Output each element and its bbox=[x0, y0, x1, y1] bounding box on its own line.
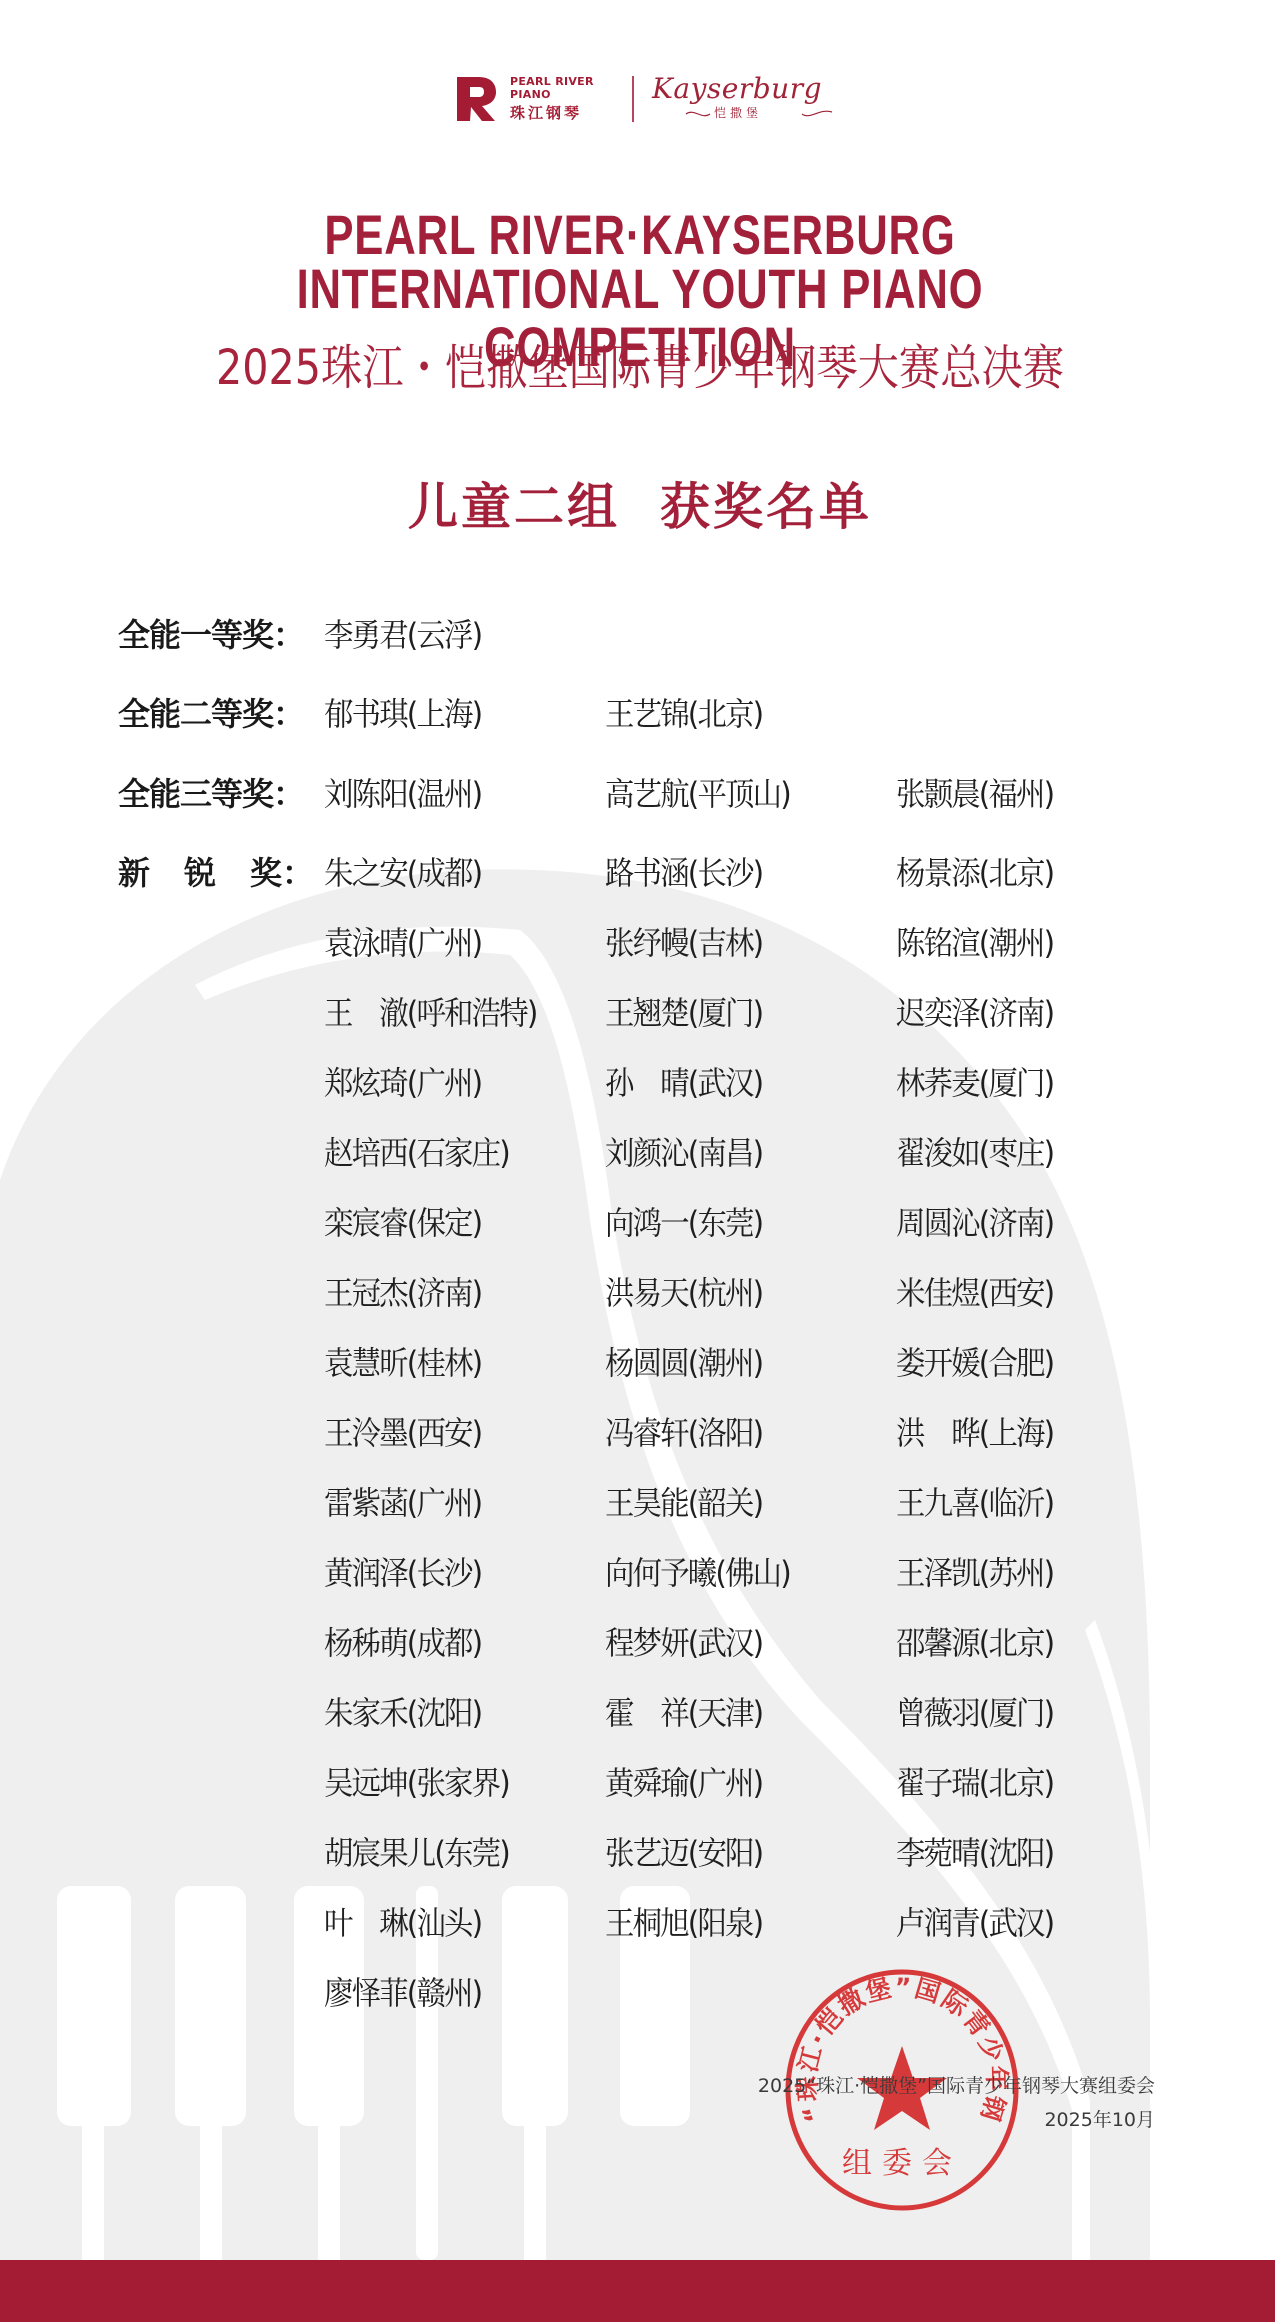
winner: 朱之安(成都) bbox=[324, 849, 481, 897]
winner: 李勇君(云浮) bbox=[324, 611, 481, 659]
award-row-rising-star: 栾宸睿(保定)向鸿一(东莞)周圆沁(济南) bbox=[0, 1199, 1280, 1249]
winner: 高艺航(平顶山) bbox=[605, 770, 790, 818]
winner: 向何予曦(佛山) bbox=[605, 1549, 790, 1597]
title-en-line1: PEARL RIVER·KAYSERBURG bbox=[141, 206, 1139, 264]
winner: 栾宸睿(保定) bbox=[324, 1199, 481, 1247]
winner: 陈铭渲(潮州) bbox=[896, 919, 1053, 967]
winner: 王九喜(临沂) bbox=[896, 1479, 1053, 1527]
winner: 路书涵(长沙) bbox=[605, 849, 762, 897]
seal-inner-text: 组委会 bbox=[842, 2146, 962, 2181]
winner: 朱家禾(沈阳) bbox=[324, 1689, 481, 1737]
award-row-rising-star: 郑炫琦(广州)孙 晴(武汉)林荞麦(厦门) bbox=[0, 1059, 1280, 1109]
winner: 张艺迈(安阳) bbox=[605, 1829, 762, 1877]
award-row-rising-star: 廖怿菲(赣州) bbox=[0, 1969, 1280, 2019]
award-label: 全能二等奖： bbox=[118, 690, 318, 738]
winner: 赵培西(石家庄) bbox=[324, 1129, 509, 1177]
pearl-river-cn: 珠江钢琴 bbox=[510, 104, 582, 122]
winner: 米佳煜(西安) bbox=[896, 1269, 1053, 1317]
logo-divider bbox=[632, 76, 634, 122]
winner: 邵馨源(北京) bbox=[896, 1619, 1053, 1667]
award-row-rising-star: 黄润泽(长沙)向何予曦(佛山)王泽凯(苏州) bbox=[0, 1549, 1280, 1599]
winner: 孙 晴(武汉) bbox=[605, 1059, 762, 1107]
winner: 洪易天(杭州) bbox=[605, 1269, 762, 1317]
winner: 胡宸果儿(东莞) bbox=[324, 1829, 509, 1877]
award-row-rising-star: 王冠杰(济南)洪易天(杭州)米佳煜(西安) bbox=[0, 1269, 1280, 1319]
winner: 王冠杰(济南) bbox=[324, 1269, 481, 1317]
winner: 娄开媛(合肥) bbox=[896, 1339, 1053, 1387]
award-row-rising-star: 叶 琳(汕头)王桐旭(阳泉)卢润青(武汉) bbox=[0, 1899, 1280, 1949]
winner: 迟奕泽(济南) bbox=[896, 989, 1053, 1037]
winner: 王昊能(韶关) bbox=[605, 1479, 762, 1527]
winner: 王 澈(呼和浩特) bbox=[324, 989, 537, 1037]
winner: 曾薇羽(厦门) bbox=[896, 1689, 1053, 1737]
award-row-rising-star: 王泠墨(西安)冯睿轩(洛阳)洪 晔(上海) bbox=[0, 1409, 1280, 1459]
winner: 黄润泽(长沙) bbox=[324, 1549, 481, 1597]
winner: 廖怿菲(赣州) bbox=[324, 1969, 481, 2017]
date-text: 2025年10月 bbox=[1044, 2108, 1155, 2132]
award-row-rising-star: 袁慧昕(桂林)杨圆圆(潮州)娄开媛(合肥) bbox=[0, 1339, 1280, 1389]
organizer-text: 2025“珠江·恺撒堡”国际青少年钢琴大赛组委会 bbox=[758, 2074, 1155, 2098]
pearl-river-en: PEARL RIVER PIANO bbox=[510, 75, 594, 101]
award-row-rising-star: 杨秭萌(成都)程梦妍(武汉)邵馨源(北京) bbox=[0, 1619, 1280, 1669]
winner: 王艺锦(北京) bbox=[605, 690, 762, 738]
winner: 叶 琳(汕头) bbox=[324, 1899, 481, 1947]
winner: 王桐旭(阳泉) bbox=[605, 1899, 762, 1947]
winner: 郑炫琦(广州) bbox=[324, 1059, 481, 1107]
winner: 张颢晨(福州) bbox=[896, 770, 1053, 818]
winner: 王泠墨(西安) bbox=[324, 1409, 481, 1457]
award-label: 全能三等奖： bbox=[118, 770, 318, 818]
winner: 卢润青(武汉) bbox=[896, 1899, 1053, 1947]
winner: 吴远坤(张家界) bbox=[324, 1759, 509, 1807]
title-cn: 2025珠江・恺撒堡国际青少年钢琴大赛总决赛 bbox=[90, 340, 1191, 396]
award-row-rising-star: 朱之安(成都)路书涵(长沙)杨景添(北京) bbox=[0, 849, 1280, 899]
heading-group: 儿童二组 bbox=[408, 478, 620, 536]
award-row-third-prize: 全能三等奖： 刘陈阳(温州) 高艺航(平顶山) 张颢晨(福州) bbox=[0, 770, 1280, 820]
winner: 王翘楚(厦门) bbox=[605, 989, 762, 1037]
award-row-rising-star: 朱家禾(沈阳)霍 祥(天津)曾薇羽(厦门) bbox=[0, 1689, 1280, 1739]
winner: 洪 晔(上海) bbox=[896, 1409, 1053, 1457]
award-row-rising-star: 胡宸果儿(东莞)张艺迈(安阳)李菀晴(沈阳) bbox=[0, 1829, 1280, 1879]
award-row-rising-star: 雷紫菡(广州)王昊能(韶关)王九喜(临沂) bbox=[0, 1479, 1280, 1529]
award-row-second-prize: 全能二等奖： 郁书琪(上海) 王艺锦(北京) bbox=[0, 690, 1280, 740]
page-heading: 儿童二组获奖名单 bbox=[0, 478, 1280, 536]
award-row-first-prize: 全能一等奖： 李勇君(云浮) bbox=[0, 611, 1280, 661]
winner: 杨景添(北京) bbox=[896, 849, 1053, 897]
winner: 杨圆圆(潮州) bbox=[605, 1339, 762, 1387]
winner: 黄舜瑜(广州) bbox=[605, 1759, 762, 1807]
winner: 李菀晴(沈阳) bbox=[896, 1829, 1053, 1877]
winner: 翟浚如(枣庄) bbox=[896, 1129, 1053, 1177]
award-row-rising-star: 王 澈(呼和浩特)王翘楚(厦门)迟奕泽(济南) bbox=[0, 989, 1280, 1039]
winner: 袁泳晴(广州) bbox=[324, 919, 481, 967]
award-label: 全能一等奖： bbox=[118, 611, 318, 659]
winner: 程梦妍(武汉) bbox=[605, 1619, 762, 1667]
winner: 张纾幔(吉林) bbox=[605, 919, 762, 967]
pearl-river-r-logo-icon bbox=[455, 75, 497, 122]
winner: 杨秭萌(成都) bbox=[324, 1619, 481, 1667]
winner: 周圆沁(济南) bbox=[896, 1199, 1053, 1247]
winner: 向鸿一(东莞) bbox=[605, 1199, 762, 1247]
winner: 刘颜沁(南昌) bbox=[605, 1129, 762, 1177]
winner: 冯睿轩(洛阳) bbox=[605, 1409, 762, 1457]
brand-logos: PEARL RIVER PIANO 珠江钢琴 Kayserburg 恺撒堡 bbox=[452, 72, 842, 126]
footer-bar bbox=[0, 2260, 1275, 2322]
pearl-river-en-line2: PIANO bbox=[510, 88, 594, 101]
kayserburg-cn: 恺撒堡 bbox=[714, 105, 762, 121]
heading-list: 获奖名单 bbox=[660, 478, 872, 536]
award-row-rising-star: 赵培西(石家庄)刘颜沁(南昌)翟浚如(枣庄) bbox=[0, 1129, 1280, 1179]
award-row-rising-star: 袁泳晴(广州)张纾幔(吉林)陈铭渲(潮州) bbox=[0, 919, 1280, 969]
kayserburg-en: Kayserburg bbox=[652, 72, 822, 106]
winner: 郁书琪(上海) bbox=[324, 690, 481, 738]
winner: 雷紫菡(广州) bbox=[324, 1479, 481, 1527]
pearl-river-en-line1: PEARL RIVER bbox=[510, 75, 594, 88]
winner: 王泽凯(苏州) bbox=[896, 1549, 1053, 1597]
winner: 霍 祥(天津) bbox=[605, 1689, 762, 1737]
winner: 刘陈阳(温州) bbox=[324, 770, 481, 818]
winner: 袁慧昕(桂林) bbox=[324, 1339, 481, 1387]
winner: 翟子瑞(北京) bbox=[896, 1759, 1053, 1807]
winner: 林荞麦(厦门) bbox=[896, 1059, 1053, 1107]
award-row-rising-star: 吴远坤(张家界)黄舜瑜(广州)翟子瑞(北京) bbox=[0, 1759, 1280, 1809]
